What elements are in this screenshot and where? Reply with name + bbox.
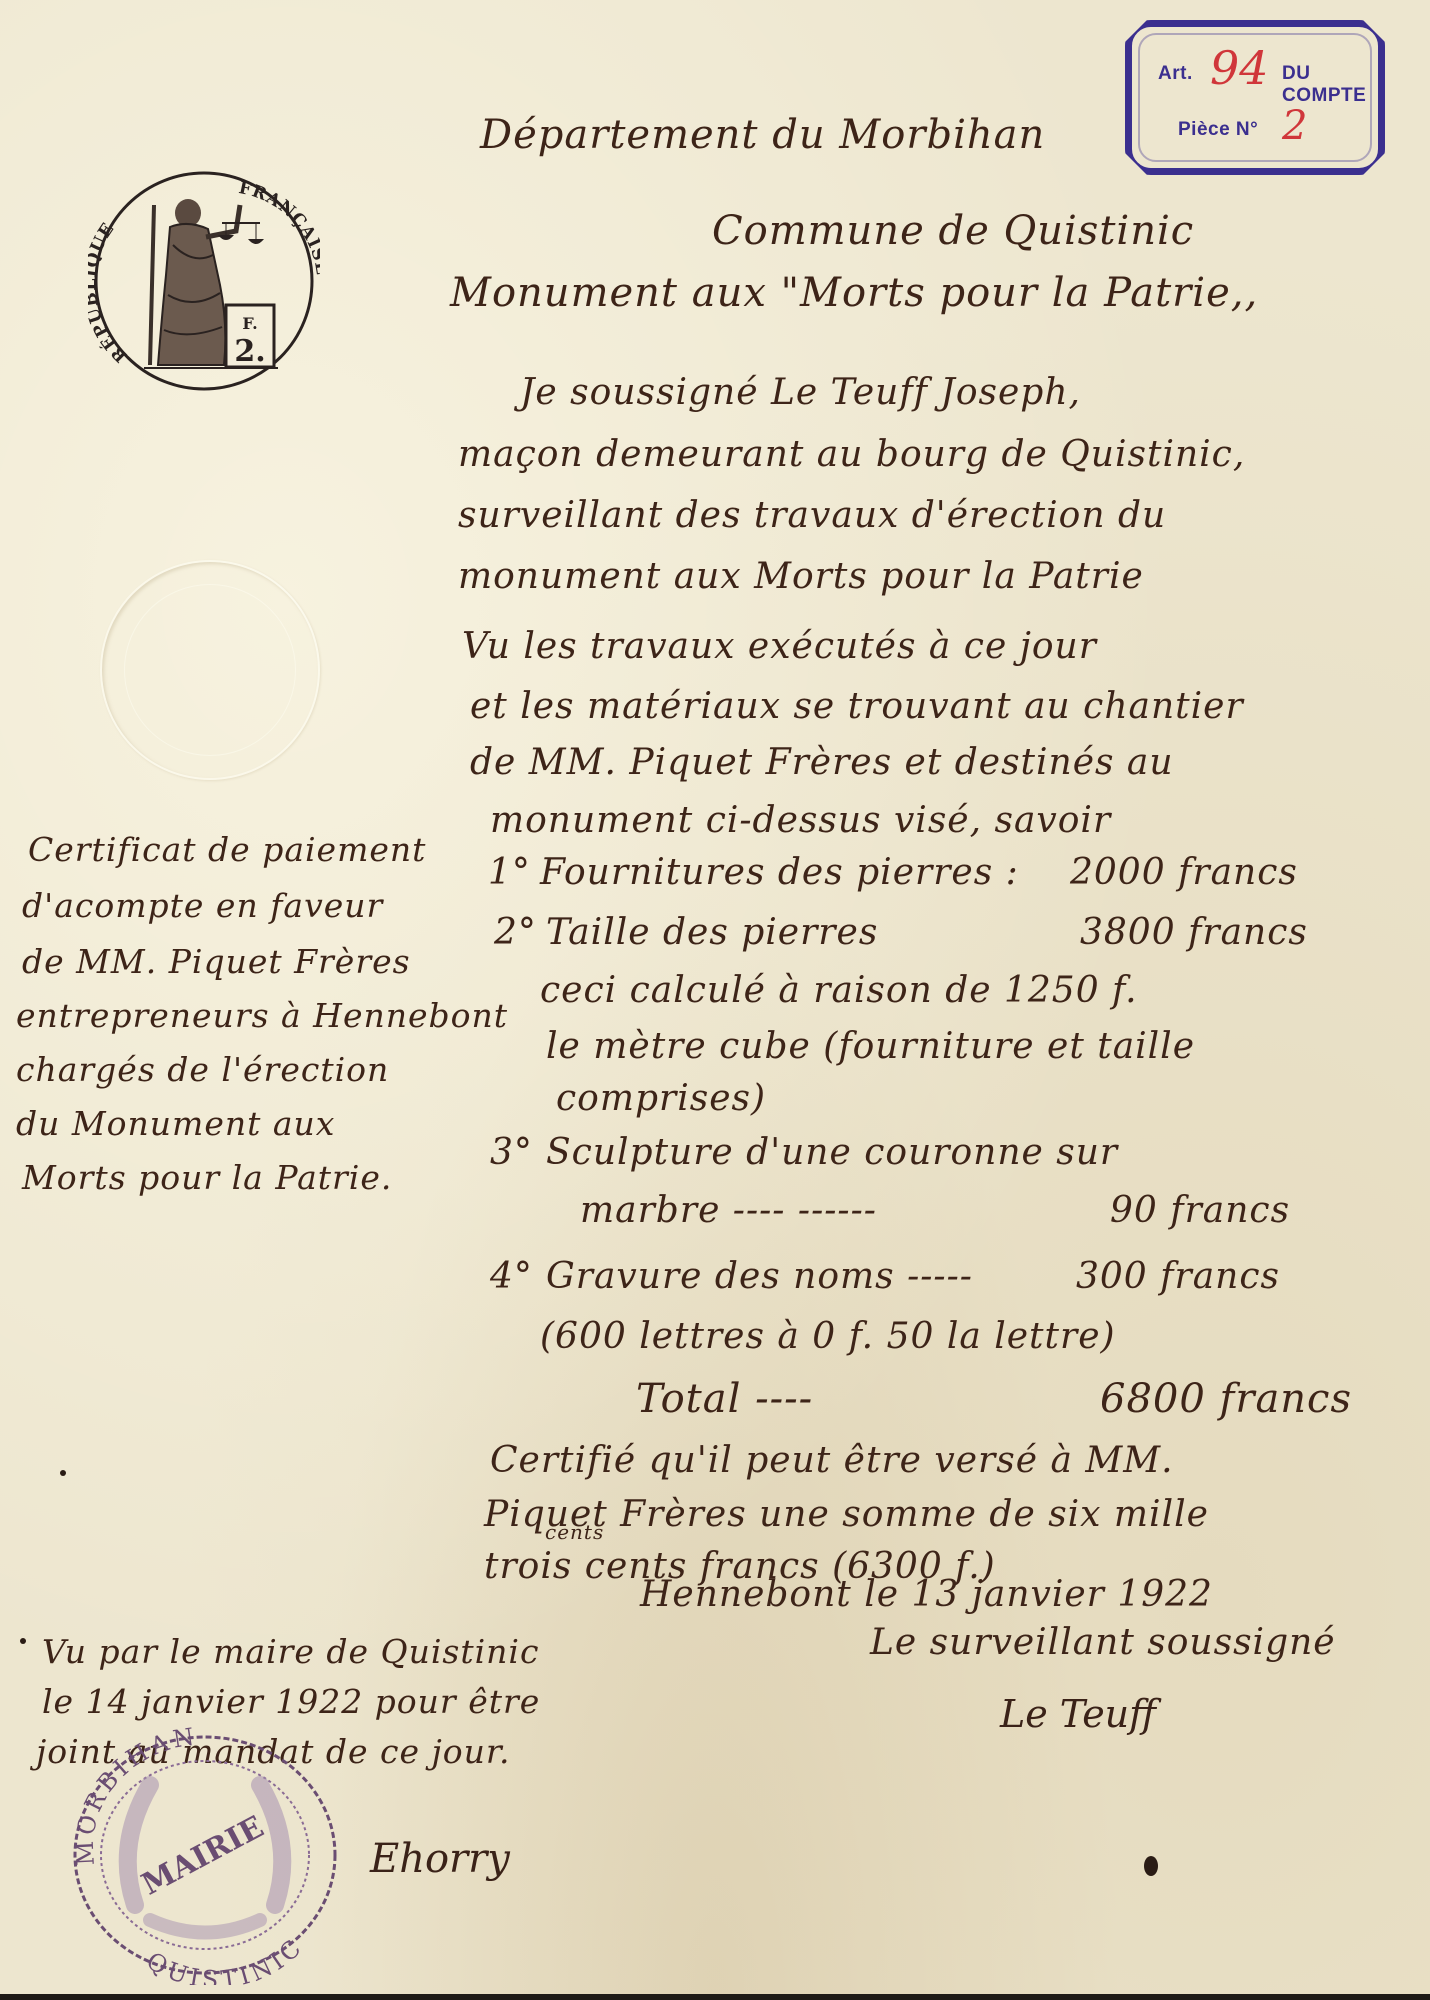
total-label: Total ---- [636,1376,813,1422]
account-stamp: Art. 94 du compte Pièce N° 2 [1125,20,1385,175]
item-label: Gravure des noms ----- [546,1256,973,1297]
account-stamp-compte-label: du compte [1282,63,1378,107]
intro-line-3: surveillant des travaux d'érection du [458,495,1166,536]
item-note-line-2: le mètre cube (fourniture et taille [546,1026,1195,1067]
commune-heading: Commune de Quistinic [712,208,1194,254]
laurel-wreath-seal-icon: MORBIHAN QUISTINIC MAIRIE [55,1715,355,1985]
account-stamp-art-label: Art. [1158,63,1193,85]
seal-bottom-text: QUISTINIC [142,1932,310,1985]
account-stamp-piece-label: Pièce N° [1178,119,1258,141]
svg-text:FRANÇAISE: FRANÇAISE [237,178,320,277]
item-label-continued: marbre ---- ------ [580,1190,877,1231]
stamp-ring-left: RÉPUBLIQUE [88,219,131,366]
item-number: 1° [488,852,531,893]
stamp-value: 2. [234,334,265,369]
item-label: Sculpture d'une couronne sur [546,1132,1118,1173]
item-label: Taille des pierres [546,912,878,953]
mayor-signature: Ehorry [370,1836,510,1882]
ink-speck [60,1470,66,1476]
margin-note-line-5: chargés de l'érection [16,1050,389,1089]
margin-note-line-6: du Monument aux [16,1104,335,1143]
item-amount: 90 francs [1110,1190,1290,1231]
account-article-number: 94 [1210,41,1269,95]
item-amount: 2000 francs [1070,852,1298,893]
vu-line-4: monument ci-dessus visé, savoir [490,800,1111,841]
ink-speck [20,1638,26,1644]
margin-note-line-3: de MM. Piquet Frères [22,942,411,981]
item-label: Fournitures des pierres : [540,852,1019,893]
item-number: 2° [494,912,537,953]
total-amount: 6800 francs [1100,1376,1352,1422]
monument-heading: Monument aux "Morts pour la Patrie,, [450,270,1258,316]
svg-text:QUISTINIC: QUISTINIC [142,1932,310,1985]
vu-line-3: de MM. Piquet Frères et destinés au [470,742,1174,783]
stamp-ring-right: FRANÇAISE [237,178,320,277]
intro-line-4: monument aux Morts pour la Patrie [458,556,1144,597]
margin-note-line-7: Morts pour la Patrie. [22,1158,392,1197]
margin-note-line-4: entrepreneurs à Hennebont [16,996,508,1035]
vu-line-1: Vu les travaux exécutés à ce jour [462,626,1097,667]
signatory-title: Le surveillant soussigné [870,1622,1336,1663]
item-number: 4° [490,1256,533,1297]
seal-center-text: MAIRIE [136,1810,269,1903]
intro-line-1: Je soussigné Le Teuff Joseph, [520,372,1081,413]
certification-insertion: cents [545,1520,604,1544]
fiscal-stamp: RÉPUBLIQUE FRANÇAISE F. 2. [88,165,320,397]
surveillant-signature: Le Teuff [1000,1692,1156,1736]
item-amount: 300 francs [1076,1256,1280,1297]
intro-line-2: maçon demeurant au bourg de Quistinic, [458,434,1245,475]
certification-line-1: Certifié qu'il peut être versé à MM. [490,1440,1174,1481]
scan-bottom-edge [0,1994,1430,2000]
item-number: 3° [490,1132,533,1173]
item-note-line-1: ceci calculé à raison de 1250 f. [540,970,1138,1011]
mairie-seal: MORBIHAN QUISTINIC MAIRIE [55,1715,355,1985]
margin-note-line-1: Certificat de paiement [28,830,426,869]
department-heading: Département du Morbihan [480,112,1045,158]
account-piece-number: 2 [1282,103,1307,149]
stamp-unit: F. [242,314,257,333]
svg-text:RÉPUBLIQUE: RÉPUBLIQUE [88,219,131,366]
marianne-justice-icon: RÉPUBLIQUE FRANÇAISE F. 2. [88,165,320,397]
margin-note-line-2: d'acompte en faveur [22,886,383,925]
item-note-line-3: comprises) [556,1078,766,1119]
embossed-seal [100,560,320,780]
mayor-note-line-1: Vu par le maire de Quistinic [42,1632,539,1671]
vu-line-2: et les matériaux se trouvant au chantier [470,686,1244,727]
ink-blot [1144,1856,1158,1876]
item-amount: 3800 francs [1080,912,1308,953]
item-note-line-1: (600 lettres à 0 f. 50 la lettre) [540,1316,1116,1357]
place-date: Hennebont le 13 janvier 1922 [640,1574,1213,1615]
